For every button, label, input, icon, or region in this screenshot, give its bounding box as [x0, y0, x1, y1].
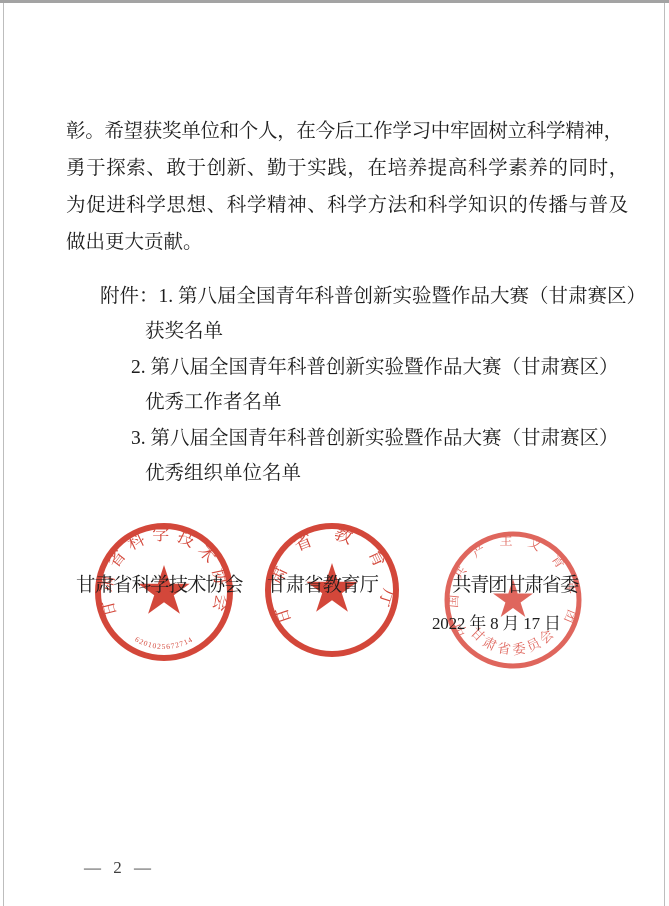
attachment-item-3-title: 3. 第八届全国青年科普创新实验暨作品大赛（甘肃赛区）: [131, 428, 619, 450]
page-right-border: [664, 3, 665, 906]
communist-youth-league-gansu-seal-icon: 中国共产主义青年团 甘肃省委员会: [440, 527, 586, 673]
paragraph-line: 彰。希望获奖单位和个人，在今后工作学习中牢固树立科学精神，: [66, 121, 623, 143]
signature-org-education-department: 甘肃省教育厅: [267, 575, 378, 597]
page-top-border: [0, 0, 669, 3]
signature-org-youth-league: 共青团甘肃省委: [452, 575, 578, 597]
paragraph-line: 勇于探索、敢于创新、勤于实践，在培养提高科学素养的同时，: [66, 158, 629, 180]
attachment-item-2-subtitle: 优秀工作者名单: [145, 392, 282, 414]
signature-org-science-association: 甘肃省科学技术协会: [76, 575, 243, 597]
seal-serial-number: 6201025672714: [133, 635, 194, 651]
attachment-item-1-subtitle: 获奖名单: [145, 321, 223, 343]
paragraph-line: 为促进科学思想、科学精神、科学方法和科学知识的传播与普及: [66, 195, 629, 217]
attachment-item-1-title: 附件：1. 第八届全国青年科普创新实验暨作品大赛（甘肃赛区）: [100, 286, 646, 308]
paragraph-line: 做出更大贡献。: [66, 232, 203, 254]
attachment-item-2-title: 2. 第八届全国青年科普创新实验暨作品大赛（甘肃赛区）: [131, 357, 619, 379]
attachment-item-3-subtitle: 优秀组织单位名单: [145, 463, 301, 485]
page-left-border: [3, 3, 4, 906]
scanned-document-page: 彰。希望获奖单位和个人，在今后工作学习中牢固树立科学精神， 勇于探索、敢于创新、…: [0, 0, 669, 906]
svg-text:6201025672714: 6201025672714: [133, 635, 194, 651]
page-number: — 2 —: [84, 857, 155, 879]
signature-date: 2022 年 8 月 17 日: [432, 613, 561, 635]
